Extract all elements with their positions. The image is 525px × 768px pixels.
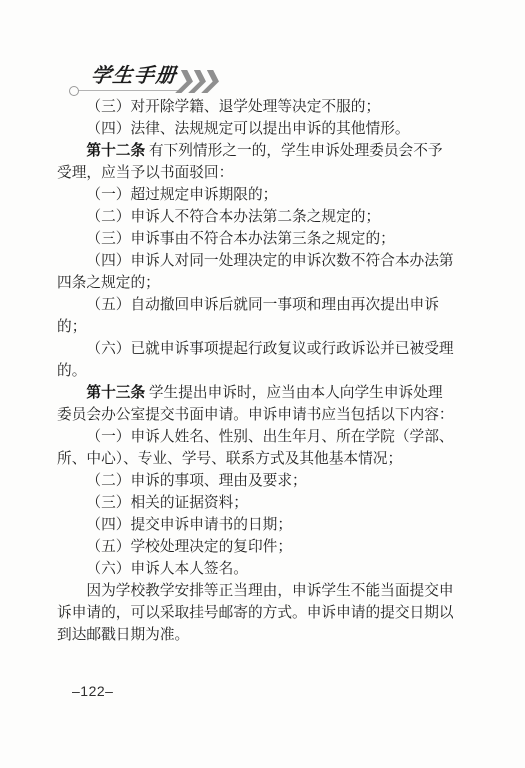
text-line: （三）申诉事由不符合本办法第三条之规定的； <box>57 228 467 250</box>
handbook-page: 学生手册 （三）对开除学籍、退学处理等决定不服的；（四）法律、法规规定可以提出申… <box>0 0 525 768</box>
text-line: （四）提交申诉申请书的日期； <box>57 514 467 536</box>
text-line: 四条之规定的； <box>57 272 467 294</box>
text-line: （二）申诉的事项、理由及要求； <box>57 470 467 492</box>
text-line: 的； <box>57 316 467 338</box>
text-line: 因为学校教学安排等正当理由，申诉学生不能当面提交申 <box>57 580 467 602</box>
text-line: （六）申诉人本人签名。 <box>57 558 467 580</box>
text-line: （二）申诉人不符合本办法第二条之规定的； <box>57 206 467 228</box>
text-line: 到达邮戳日期为准。 <box>57 624 467 646</box>
text-line: （四）申诉人对同一处理决定的申诉次数不符合本办法第 <box>57 250 467 272</box>
text-line: 委员会办公室提交书面申请。申诉申请书应当包括以下内容： <box>57 404 467 426</box>
text-line: 受理，应当予以书面驳回： <box>57 162 467 184</box>
article-number: 第十二条 <box>86 143 145 159</box>
handbook-title: 学生手册 <box>90 63 179 89</box>
header-rule <box>74 90 180 91</box>
text-line: 第十三条 学生提出申诉时，应当由本人向学生申诉处理 <box>57 382 467 404</box>
header-circle-ornament <box>69 86 79 96</box>
text-line: 所、中心）、专业、学号、联系方式及其他基本情况； <box>57 448 467 470</box>
text-line: （五）自动撤回申诉后就同一事项和理由再次提出申诉 <box>57 294 467 316</box>
article-number: 第十三条 <box>86 385 145 401</box>
text-line: （三）对开除学籍、退学处理等决定不服的； <box>57 96 467 118</box>
triple-chevron-right-icon <box>175 70 220 93</box>
page-number: –122– <box>72 683 113 699</box>
text-line: 诉申请的，可以采取挂号邮寄的方式。申诉申请的提交日期以 <box>57 602 467 624</box>
text-line: （一）超过规定申诉期限的； <box>57 184 467 206</box>
text-line: （五）学校处理决定的复印件； <box>57 536 467 558</box>
text-line: 第十二条 有下列情形之一的，学生申诉处理委员会不予 <box>57 140 467 162</box>
text-line: （四）法律、法规规定可以提出申诉的其他情形。 <box>57 118 467 140</box>
text-line: （三）相关的证据资料； <box>57 492 467 514</box>
text-line: （六）已就申诉事项提起行政复议或行政诉讼并已被受理 <box>57 338 467 360</box>
text-line: 的。 <box>57 360 467 382</box>
page-body: （三）对开除学籍、退学处理等决定不服的；（四）法律、法规规定可以提出申诉的其他情… <box>57 96 467 646</box>
text-line: （一）申诉人姓名、性别、出生年月、所在学院（学部、 <box>57 426 467 448</box>
